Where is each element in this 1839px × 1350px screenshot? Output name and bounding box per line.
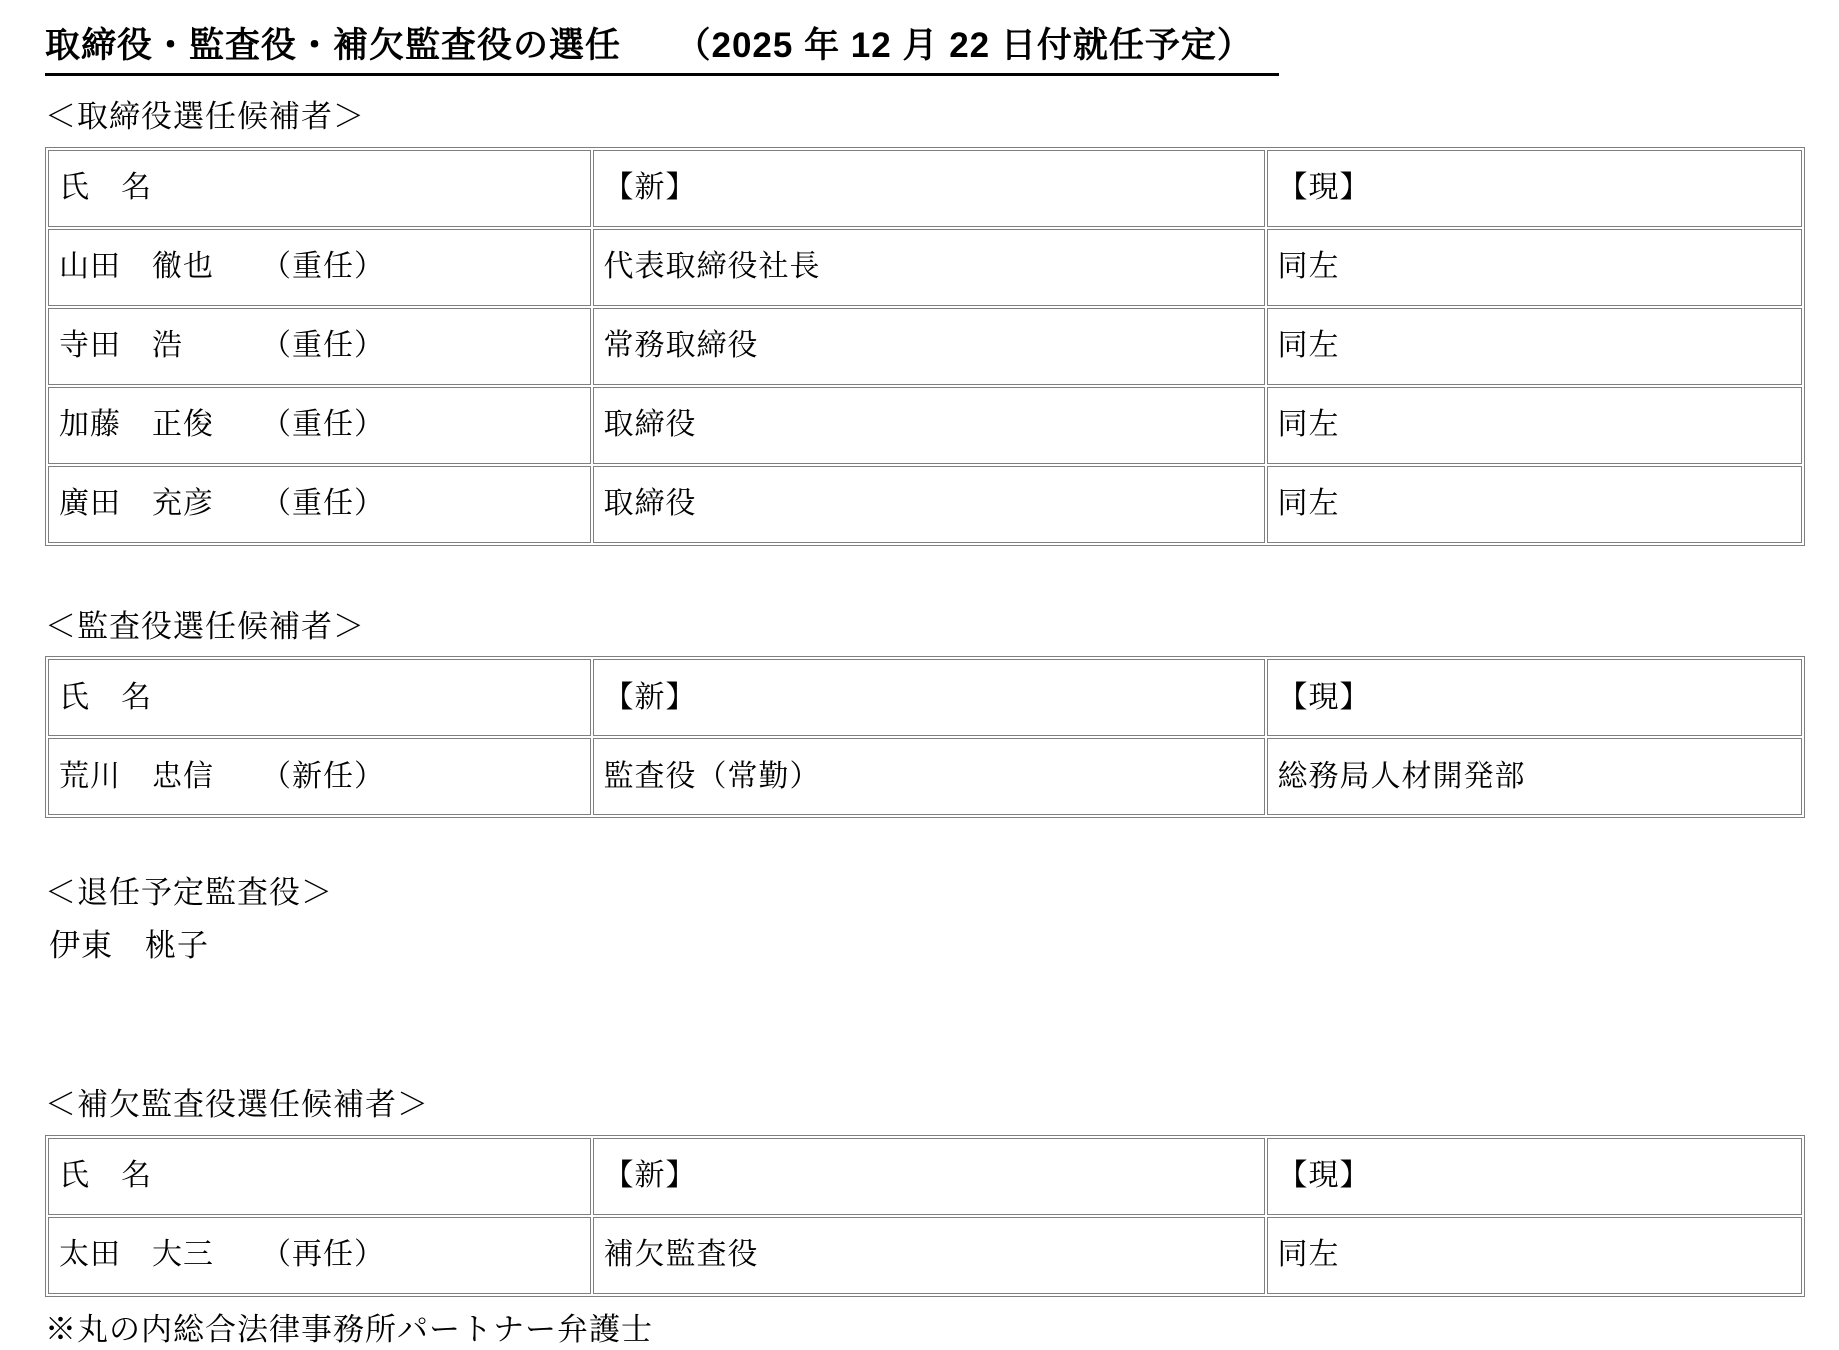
section-auditor-candidates: ＜監査役選任候補者＞ 氏 名 【新】 【現】 荒川 忠信 （新任） 監査役（常勤…	[45, 608, 1805, 819]
cell-name: 廣田 充彦 （重任）	[48, 466, 591, 543]
column-header-name: 氏 名	[48, 150, 591, 227]
section-heading-substitute-auditor-candidates: ＜補欠監査役選任候補者＞	[45, 1086, 1805, 1125]
table-row: 加藤 正俊 （重任） 取締役 同左	[48, 387, 1802, 464]
section-heading-retiring-auditor: ＜退任予定監査役＞	[45, 874, 1805, 913]
table-row: 廣田 充彦 （重任） 取締役 同左	[48, 466, 1802, 543]
cell-new-position: 取締役	[593, 466, 1265, 543]
director-candidates-table: 氏 名 【新】 【現】 山田 徹也 （重任） 代表取締役社長 同左 寺田 浩 （…	[45, 147, 1805, 546]
column-header-name: 氏 名	[48, 1138, 591, 1215]
cell-new-position: 代表取締役社長	[593, 229, 1265, 306]
cell-current-position: 同左	[1267, 308, 1803, 385]
table-row: 荒川 忠信 （新任） 監査役（常勤） 総務局人材開発部	[48, 738, 1802, 815]
column-header-current: 【現】	[1267, 659, 1803, 736]
column-header-new: 【新】	[593, 659, 1265, 736]
column-header-new: 【新】	[593, 150, 1265, 227]
cell-name: 太田 大三 （再任）	[48, 1217, 591, 1294]
cell-name: 荒川 忠信 （新任）	[48, 738, 591, 815]
document-page: 取締役・監査役・補欠監査役の選任 （2025 年 12 月 22 日付就任予定）…	[0, 0, 1839, 1350]
retiring-auditor-name: 伊東 桃子	[49, 927, 1805, 966]
cell-new-position: 監査役（常勤）	[593, 738, 1265, 815]
cell-new-position: 取締役	[593, 387, 1265, 464]
cell-name: 加藤 正俊 （重任）	[48, 387, 591, 464]
auditor-candidates-table: 氏 名 【新】 【現】 荒川 忠信 （新任） 監査役（常勤） 総務局人材開発部	[45, 656, 1805, 818]
column-header-current: 【現】	[1267, 1138, 1803, 1215]
cell-current-position: 同左	[1267, 229, 1803, 306]
table-header-row: 氏 名 【新】 【現】	[48, 1138, 1802, 1215]
section-retiring-auditor: ＜退任予定監査役＞ 伊東 桃子	[45, 874, 1805, 966]
footnote-lawyer-note: ※丸の内総合法律事務所パートナー弁護士	[45, 1311, 1805, 1350]
cell-current-position: 同左	[1267, 1217, 1803, 1294]
cell-name: 山田 徹也 （重任）	[48, 229, 591, 306]
document-title-text: 取締役・監査役・補欠監査役の選任 （2025 年 12 月 22 日付就任予定）	[45, 24, 1279, 76]
table-row: 太田 大三 （再任） 補欠監査役 同左	[48, 1217, 1802, 1294]
column-header-name: 氏 名	[48, 659, 591, 736]
section-heading-director-candidates: ＜取締役選任候補者＞	[45, 98, 1805, 137]
substitute-auditor-candidates-table: 氏 名 【新】 【現】 太田 大三 （再任） 補欠監査役 同左	[45, 1135, 1805, 1297]
document-title: 取締役・監査役・補欠監査役の選任 （2025 年 12 月 22 日付就任予定）	[45, 24, 1805, 76]
table-row: 山田 徹也 （重任） 代表取締役社長 同左	[48, 229, 1802, 306]
section-heading-auditor-candidates: ＜監査役選任候補者＞	[45, 608, 1805, 647]
cell-new-position: 常務取締役	[593, 308, 1265, 385]
column-header-new: 【新】	[593, 1138, 1265, 1215]
cell-new-position: 補欠監査役	[593, 1217, 1265, 1294]
table-header-row: 氏 名 【新】 【現】	[48, 659, 1802, 736]
cell-current-position: 同左	[1267, 387, 1803, 464]
table-row: 寺田 浩 （重任） 常務取締役 同左	[48, 308, 1802, 385]
cell-current-position: 総務局人材開発部	[1267, 738, 1803, 815]
section-substitute-auditor-candidates: ＜補欠監査役選任候補者＞ 氏 名 【新】 【現】 太田 大三 （再任） 補欠監査…	[45, 1086, 1805, 1297]
table-header-row: 氏 名 【新】 【現】	[48, 150, 1802, 227]
cell-current-position: 同左	[1267, 466, 1803, 543]
cell-name: 寺田 浩 （重任）	[48, 308, 591, 385]
section-director-candidates: ＜取締役選任候補者＞ 氏 名 【新】 【現】 山田 徹也 （重任） 代表取締役社…	[45, 98, 1805, 546]
column-header-current: 【現】	[1267, 150, 1803, 227]
